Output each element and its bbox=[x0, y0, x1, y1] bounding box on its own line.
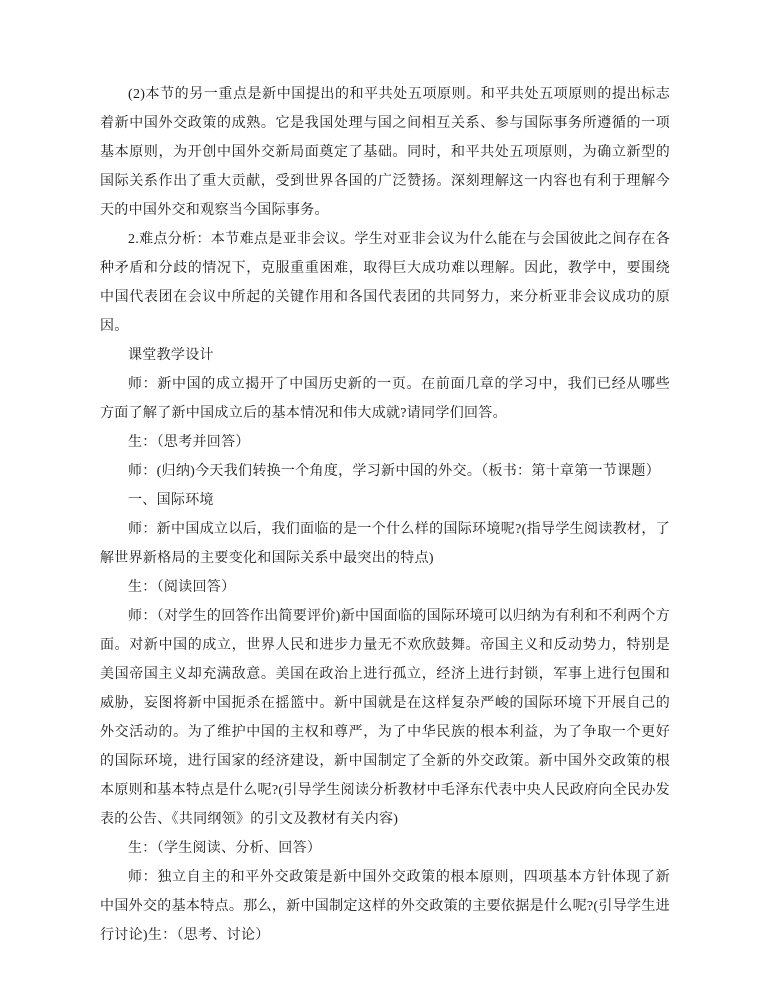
paragraph-key-point-2: (2)本节的另一重点是新中国提出的和平共处五项原则。和平共处五项原则的提出标志着… bbox=[100, 80, 670, 225]
paragraph-student-response-3: 生：（学生阅读、分析、回答） bbox=[100, 834, 670, 863]
paragraph-student-response-1: 生：（思考并回答） bbox=[100, 428, 670, 457]
paragraph-difficulty-analysis: 2.难点分析：本节难点是亚非会议。学生对亚非会议为什么能在与会国彼此之间存在各种… bbox=[100, 225, 670, 341]
paragraph-student-response-2: 生：（阅读回答） bbox=[100, 573, 670, 602]
paragraph-teacher-question-environment: 师：新中国成立以后，我们面临的是一个什么样的国际环境呢?(指导学生阅读教材，了解… bbox=[100, 515, 670, 573]
paragraph-lesson-design-heading: 课堂教学设计 bbox=[100, 341, 670, 370]
paragraph-section-heading-international-environment: 一、国际环境 bbox=[100, 486, 670, 515]
paragraph-teacher-summary: 师：独立自主的和平外交政策是新中国外交政策的根本原则，四项基本方针体现了新中国外… bbox=[100, 863, 670, 950]
paragraph-teacher-evaluation: 师：（对学生的回答作出简要评价)新中国面临的国际环境可以归纳为有利和不利两个方面… bbox=[100, 602, 670, 834]
paragraph-teacher-transition: 师：(归纳)今天我们转换一个角度，学习新中国的外交。（板书：第十章第一节课题） bbox=[100, 457, 670, 486]
paragraph-teacher-intro: 师：新中国的成立揭开了中国历史新的一页。在前面几章的学习中，我们已经从哪些方面了… bbox=[100, 370, 670, 428]
document-page: (2)本节的另一重点是新中国提出的和平共处五项原则。和平共处五项原则的提出标志着… bbox=[0, 0, 770, 1000]
